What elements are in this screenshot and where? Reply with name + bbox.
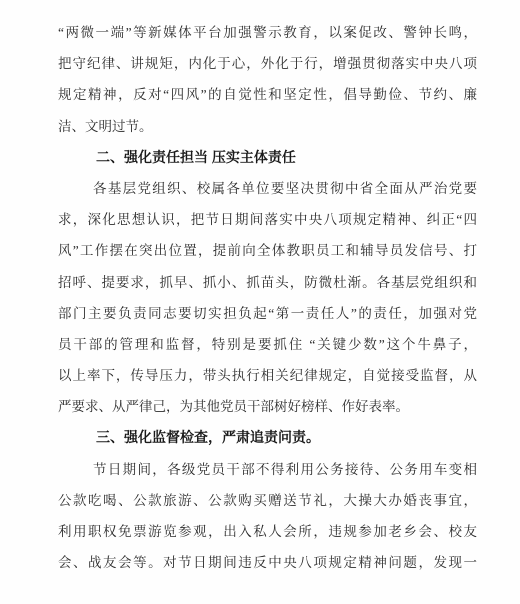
section-heading: 三、强化监督检查，严肃追责问责。 (58, 422, 477, 453)
text-line: 以上率下，传导压力，带头执行相关纪律规定，自觉接受监督，从 (58, 360, 477, 391)
document-text-block: “两微一端”等新媒体平台加强警示教育，以案促改、警钟长鸣， 把守纪律、讲规矩，内… (58, 17, 477, 578)
text-line: 部门主要负责同志要切实担负起“第一责任人”的责任，加强对党 (58, 298, 477, 329)
text-line: 求，深化思想认识，把节日期间落实中央八项规定精神、纠正“四 (58, 204, 477, 235)
text-line: 公款吃喝、公款旅游、公款购买赠送节礼，大操大办婚丧事宜， (58, 485, 477, 516)
text-line: 洁、文明过节。 (58, 111, 477, 142)
document-page: “两微一端”等新媒体平台加强警示教育，以案促改、警钟长鸣， 把守纪律、讲规矩，内… (0, 0, 520, 604)
text-line: 节日期间，各级党员干部不得利用公务接待、公务用车变相 (58, 454, 477, 485)
text-line: 规定精神，反对“四风”的自觉性和坚定性，倡导勤俭、节约、廉 (58, 79, 477, 110)
text-line: 会、战友会等。对节日期间违反中央八项规定精神问题，发现一 (58, 547, 477, 578)
section-heading: 二、强化责任担当 压实主体责任 (58, 142, 477, 173)
text-line: “两微一端”等新媒体平台加强警示教育，以案促改、警钟长鸣， (58, 17, 477, 48)
text-line: 风”工作摆在突出位置，提前向全体教职员工和辅导员发信号、打 (58, 235, 477, 266)
text-line: 员干部的管理和监督，特别是要抓住 “关键少数”这个牛鼻子， (58, 329, 477, 360)
text-line: 把守纪律、讲规矩，内化于心，外化于行，增强贯彻落实中央八项 (58, 48, 477, 79)
text-line: 严要求、从严律己，为其他党员干部树好榜样、作好表率。 (58, 391, 477, 422)
text-line: 招呼、提要求，抓早、抓小、抓苗头，防微杜渐。各基层党组织和 (58, 267, 477, 298)
text-line: 利用职权免票游览参观，出入私人会所，违规参加老乡会、校友 (58, 516, 477, 547)
text-line: 各基层党组织、校属各单位要坚决贯彻中省全面从严治党要 (58, 173, 477, 204)
